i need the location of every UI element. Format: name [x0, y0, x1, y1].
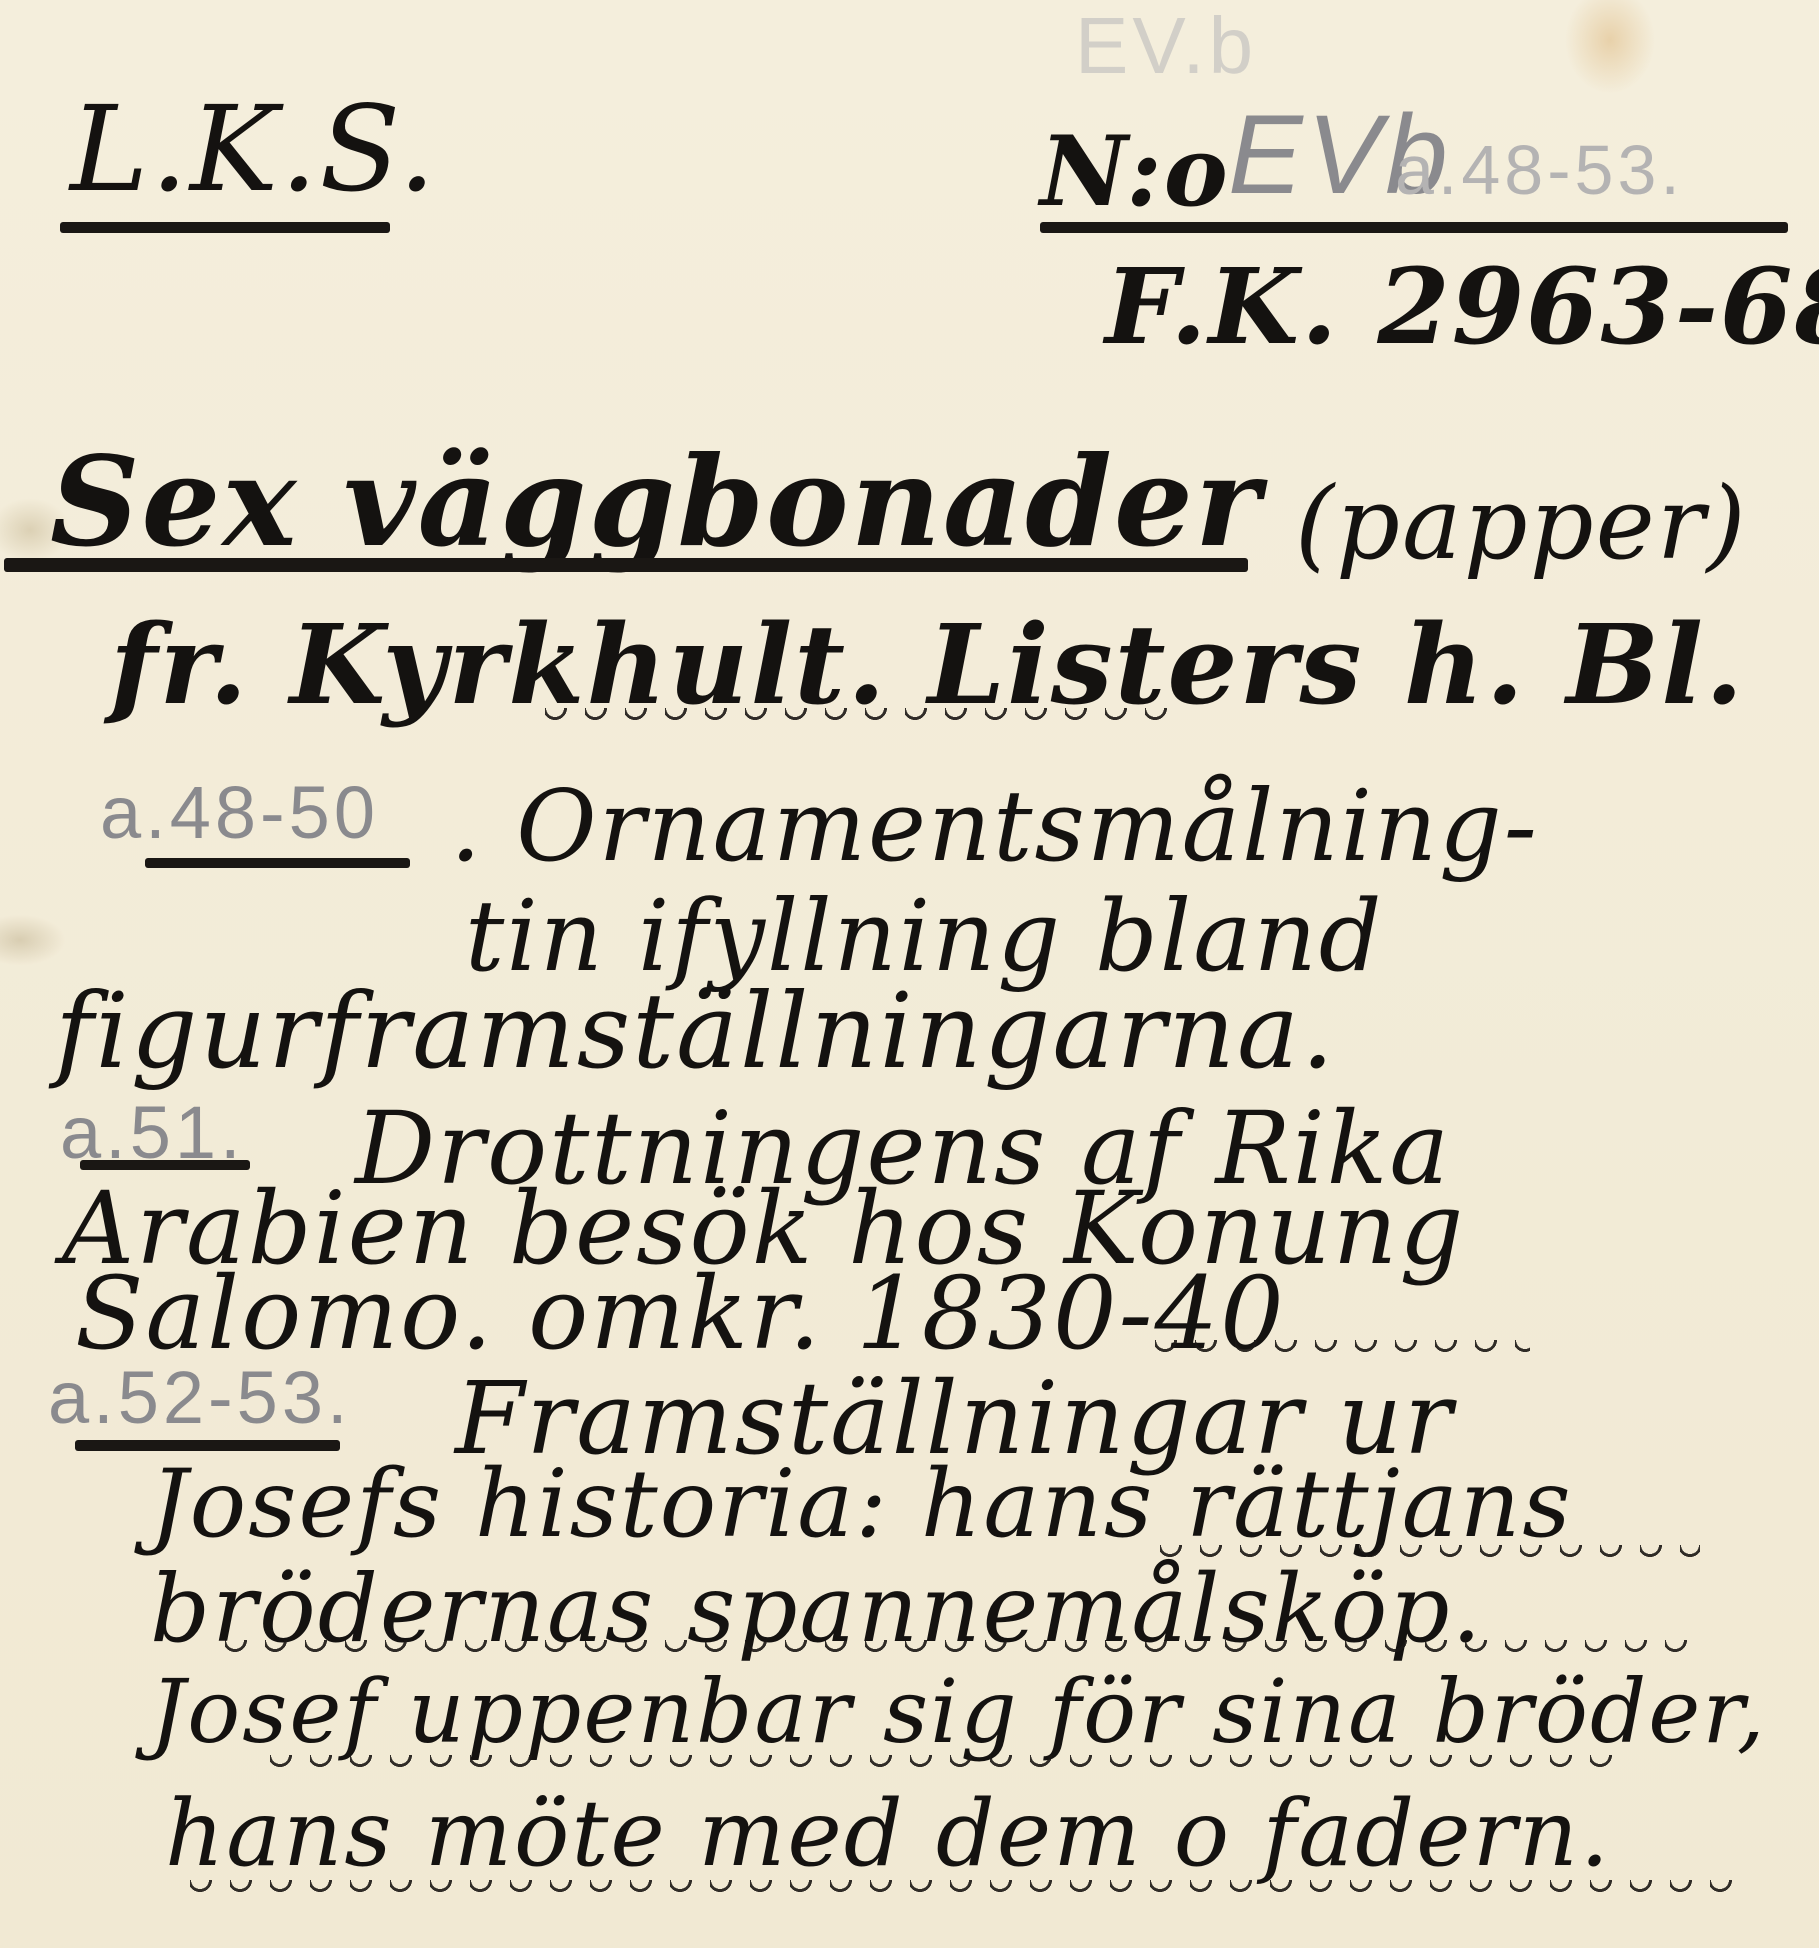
date-underline	[1155, 1340, 1530, 1354]
entry-line: . Ornamentsmålning-	[450, 770, 1539, 884]
collection-underline	[60, 222, 390, 233]
title-main: Sex väggbonader	[50, 430, 1262, 575]
pencil-number-range: a.48-53.	[1395, 130, 1684, 210]
phrase-underline	[225, 1640, 1705, 1654]
entry-ref-underline	[80, 1160, 250, 1170]
register-number: F.K. 2963-68.	[1105, 245, 1819, 368]
entry-ref-underline	[145, 858, 410, 868]
entry-line: hans möte med dem o fadern.	[165, 1780, 1611, 1887]
phrase-underline	[270, 1755, 1620, 1769]
collection-mark: L.K.S.	[70, 80, 438, 218]
title-underline	[4, 558, 1248, 572]
catalog-card: L.K.S. EV.b N:o EVb a.48-53. F.K. 2963-6…	[0, 0, 1819, 1948]
number-label: N:o	[1040, 115, 1230, 228]
entry-ref: a.48-50	[100, 770, 379, 855]
faint-pencil-number: EV.b	[1075, 0, 1257, 92]
entry-line: Josef uppenbar sig för sina bröder,	[150, 1660, 1767, 1763]
number-underline	[1040, 222, 1788, 233]
entry-line: Josefs historia: hans rättjans	[150, 1450, 1573, 1559]
entry-line: figurframställningarna.	[55, 970, 1336, 1092]
entry-ref: a.52-53.	[48, 1355, 352, 1440]
title-material: (papper)	[1295, 465, 1748, 582]
phrase-underline	[190, 1880, 1740, 1894]
provenance-underline	[545, 708, 1175, 722]
